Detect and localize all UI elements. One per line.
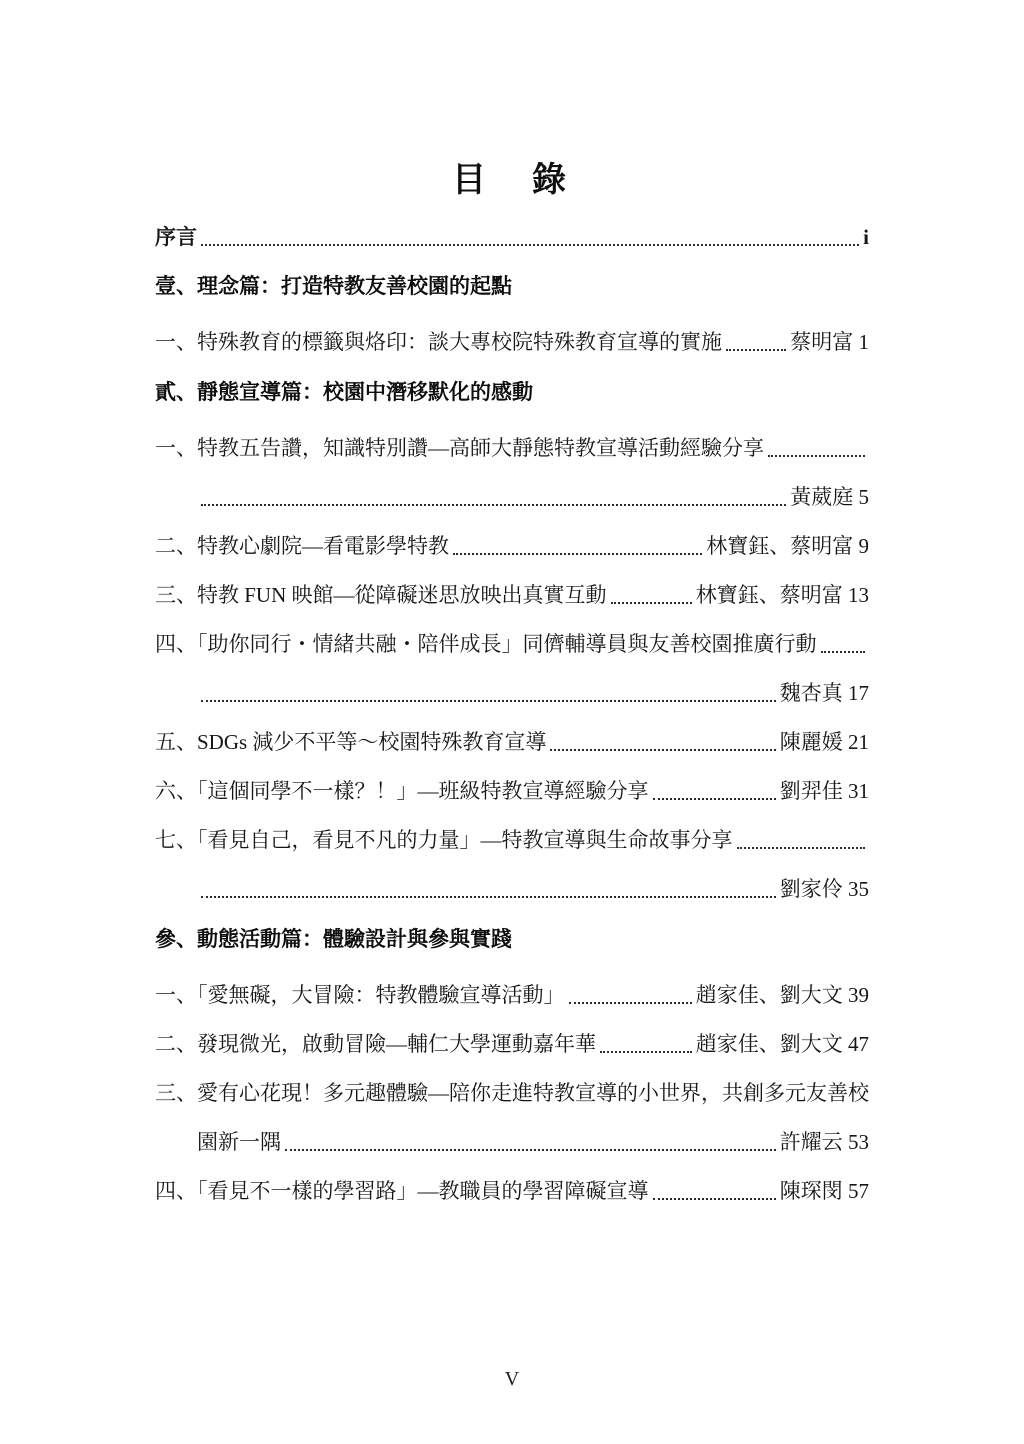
toc-text: 蔡明富 1	[790, 327, 869, 357]
toc-text: 一、特教五告讚，知識特別讚—高師大靜態特教宣導活動經驗分享	[155, 433, 764, 463]
toc-section-heading: 貳、靜態宣導篇：校園中潛移默化的感動	[155, 377, 869, 407]
toc-text: 趙家佳、劉大文 39	[696, 980, 869, 1010]
toc-text: 四、「看見不一樣的學習路」—教職員的學習障礙宣導	[155, 1176, 649, 1206]
toc-text: i	[863, 222, 869, 252]
toc-entry: 四、「助你同行・情緒共融・陪伴成長」同儕輔導員與友善校園推廣行動	[155, 629, 869, 659]
toc-entry: 一、特教五告讚，知識特別讚—高師大靜態特教宣導活動經驗分享	[155, 433, 869, 463]
toc-entry-continuation: 劉家伶 35	[155, 874, 869, 904]
toc-text: 壹、理念篇：打造特教友善校園的起點	[155, 271, 512, 301]
toc-text: 六、「這個同學不一樣？！」—班級特教宣導經驗分享	[155, 776, 649, 806]
toc-entry-continuation: 魏杏真 17	[155, 678, 869, 708]
dot-leader	[653, 1198, 776, 1200]
toc-text: 七、「看見自己，看見不凡的力量」—特教宣導與生命故事分享	[155, 825, 733, 855]
toc-text: 園新一隅	[197, 1127, 281, 1157]
toc-text: 二、特教心劇院—看電影學特教	[155, 531, 449, 561]
toc-text: 黃葳庭 5	[790, 482, 869, 512]
toc-text: 參、動態活動篇：體驗設計與參與實踐	[155, 924, 512, 954]
dot-leader	[600, 1051, 692, 1053]
toc-entry: 一、特殊教育的標籤與烙印：談大專校院特殊教育宣導的實施蔡明富 1	[155, 327, 869, 357]
toc-text: 劉家伶 35	[780, 874, 869, 904]
toc-entry-continuation: 園新一隅許耀云 53	[155, 1127, 869, 1157]
toc-entry: 序言i	[155, 222, 869, 252]
dot-leader	[611, 602, 692, 604]
toc-section-heading: 壹、理念篇：打造特教友善校園的起點	[155, 271, 869, 301]
toc-text: 林寶鈺、蔡明富 9	[706, 531, 869, 561]
toc-entry: 五、SDGs 減少不平等～校園特殊教育宣導陳麗媛 21	[155, 727, 869, 757]
toc-text: 劉羿佳 31	[780, 776, 869, 806]
dot-leader	[201, 244, 859, 246]
toc-text: 趙家佳、劉大文 47	[696, 1029, 869, 1059]
page-title: 目 錄	[0, 152, 1024, 201]
toc: 序言i壹、理念篇：打造特教友善校園的起點一、特殊教育的標籤與烙印：談大專校院特殊…	[155, 222, 869, 1225]
toc-entry: 三、愛有心花現！多元趣體驗—陪你走進特教宣導的小世界，共創多元友善校	[155, 1078, 869, 1108]
toc-text: 一、「愛無礙，大冒險：特教體驗宣導活動」	[155, 980, 565, 1010]
toc-text: 貳、靜態宣導篇：校園中潛移默化的感動	[155, 377, 533, 407]
page-number: V	[0, 1368, 1024, 1391]
dot-leader	[768, 455, 865, 457]
dot-leader	[653, 798, 776, 800]
toc-entry: 六、「這個同學不一樣？！」—班級特教宣導經驗分享劉羿佳 31	[155, 776, 869, 806]
dot-leader	[550, 749, 775, 751]
toc-text: 陳麗媛 21	[780, 727, 869, 757]
toc-entry: 一、「愛無礙，大冒險：特教體驗宣導活動」趙家佳、劉大文 39	[155, 980, 869, 1010]
document-page: 目 錄 序言i壹、理念篇：打造特教友善校園的起點一、特殊教育的標籤與烙印：談大專…	[0, 0, 1024, 1444]
toc-text: 二、發現微光，啟動冒險—輔仁大學運動嘉年華	[155, 1029, 596, 1059]
toc-text: 五、SDGs 減少不平等～校園特殊教育宣導	[155, 727, 546, 757]
toc-text: 魏杏真 17	[780, 678, 869, 708]
toc-text: 序言	[155, 222, 197, 252]
toc-text: 三、愛有心花現！多元趣體驗—陪你走進特教宣導的小世界，共創多元友善校	[155, 1078, 869, 1108]
dot-leader	[821, 651, 866, 653]
toc-entry: 七、「看見自己，看見不凡的力量」—特教宣導與生命故事分享	[155, 825, 869, 855]
toc-entry: 二、發現微光，啟動冒險—輔仁大學運動嘉年華趙家佳、劉大文 47	[155, 1029, 869, 1059]
dot-leader	[726, 349, 786, 351]
dot-leader	[201, 504, 786, 506]
toc-entry: 四、「看見不一樣的學習路」—教職員的學習障礙宣導陳琛閔 57	[155, 1176, 869, 1206]
toc-section-heading: 參、動態活動篇：體驗設計與參與實踐	[155, 924, 869, 954]
toc-text: 四、「助你同行・情緒共融・陪伴成長」同儕輔導員與友善校園推廣行動	[155, 629, 817, 659]
toc-entry: 三、特教 FUN 映館—從障礙迷思放映出真實互動林寶鈺、蔡明富 13	[155, 580, 869, 610]
toc-text: 陳琛閔 57	[780, 1176, 869, 1206]
toc-entry: 二、特教心劇院—看電影學特教林寶鈺、蔡明富 9	[155, 531, 869, 561]
dot-leader	[285, 1149, 776, 1151]
toc-text: 一、特殊教育的標籤與烙印：談大專校院特殊教育宣導的實施	[155, 327, 722, 357]
toc-text: 三、特教 FUN 映館—從障礙迷思放映出真實互動	[155, 580, 607, 610]
toc-text: 林寶鈺、蔡明富 13	[696, 580, 869, 610]
dot-leader	[569, 1002, 692, 1004]
dot-leader	[737, 847, 866, 849]
toc-entry-continuation: 黃葳庭 5	[155, 482, 869, 512]
dot-leader	[201, 700, 776, 702]
dot-leader	[201, 896, 776, 898]
toc-text: 許耀云 53	[780, 1127, 869, 1157]
dot-leader	[453, 553, 702, 555]
